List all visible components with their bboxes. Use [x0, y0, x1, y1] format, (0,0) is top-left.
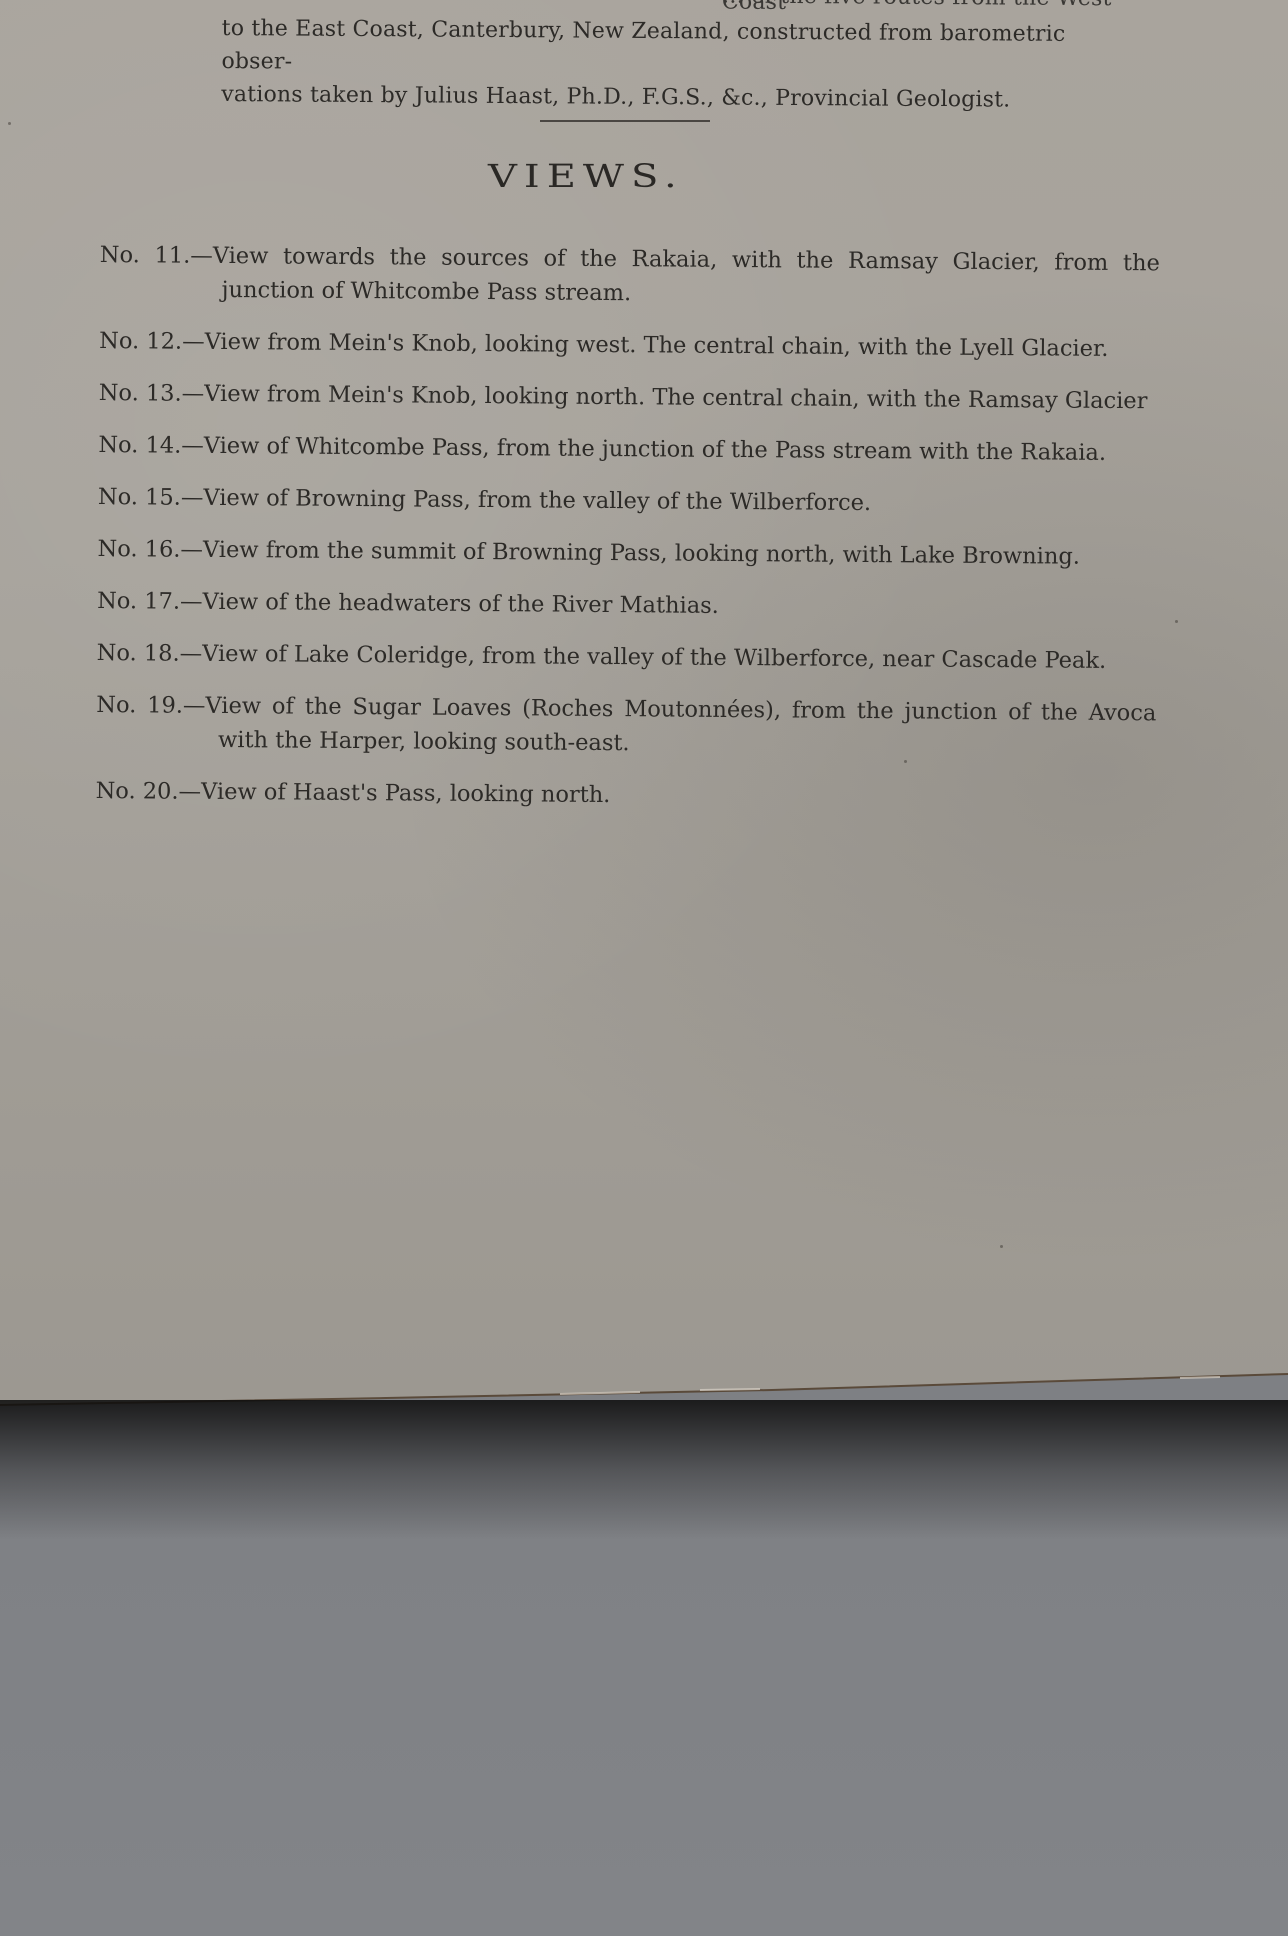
view-number: No. 13.: [99, 380, 182, 407]
intro-paragraph: … of the five routes from the West Coast…: [221, 0, 1142, 117]
view-description: View towards the sources of the Rakaia, …: [213, 243, 1160, 306]
view-number: No. 18.: [97, 640, 180, 667]
em-dash: —: [180, 641, 203, 667]
paper-speck: [1000, 1245, 1003, 1248]
view-entry-17: No. 17.—View of the headwaters of the Ri…: [97, 584, 1157, 626]
view-number: No. 11.: [100, 242, 191, 269]
em-dash: —: [181, 485, 204, 511]
view-description: View from the summit of Browning Pass, l…: [203, 537, 1080, 570]
view-number: No. 17.: [97, 588, 180, 615]
view-entry-11: No. 11.—View towards the sources of the …: [99, 238, 1160, 314]
view-entry-18: No. 18.—View of Lake Coleridge, from the…: [97, 636, 1157, 678]
view-description: View of Browning Pass, from the valley o…: [203, 485, 871, 516]
view-number: No. 20.: [96, 778, 179, 805]
em-dash: —: [182, 381, 205, 407]
em-dash: —: [181, 433, 204, 459]
em-dash: —: [190, 243, 213, 269]
view-description: View of the Sugar Loaves (Roches Moutonn…: [205, 693, 1156, 756]
view-number: No. 15.: [98, 484, 181, 511]
intro-line-2: vations taken by Julius Haast, Ph.D., F.…: [221, 78, 1141, 117]
view-description: View from Mein's Knob, looking west. The…: [205, 329, 1109, 362]
view-number: No. 12.: [99, 328, 182, 355]
view-number: No. 16.: [97, 536, 180, 563]
view-entry-20: No. 20.—View of Haast's Pass, looking no…: [96, 774, 1156, 816]
view-description: View of Haast's Pass, looking north.: [201, 779, 611, 808]
view-entry-19: No. 19.—View of the Sugar Loaves (Roches…: [96, 688, 1157, 764]
view-entry-15: No. 15.—View of Browning Pass, from the …: [98, 480, 1158, 522]
intro-line-1: to the East Coast, Canterbury, New Zeala…: [221, 12, 1141, 84]
view-entry-12: No. 12.—View from Mein's Knob, looking w…: [99, 324, 1159, 366]
paper-speck: [1175, 620, 1178, 623]
view-number: No. 19.: [96, 692, 183, 719]
view-entry-16: No. 16.—View from the summit of Browning…: [97, 532, 1157, 574]
views-list: No. 11.—View towards the sources of the …: [95, 238, 1160, 834]
em-dash: —: [180, 589, 203, 615]
view-number: No. 14.: [98, 432, 181, 459]
view-entry-13: No. 13.—View from Mein's Knob, looking n…: [99, 376, 1159, 418]
view-entry-14: No. 14.—View of Whitcombe Pass, from the…: [98, 428, 1158, 470]
em-dash: —: [182, 329, 205, 355]
section-divider: [540, 120, 710, 122]
em-dash: —: [178, 779, 201, 805]
paper-speck: [8, 122, 11, 125]
document-page: … of the five routes from the West Coast…: [0, 0, 1288, 1405]
em-dash: —: [183, 693, 206, 719]
view-description: View from Mein's Knob, looking north. Th…: [204, 381, 1147, 414]
shadow-below-page: [0, 1400, 1288, 1540]
view-description: View of the headwaters of the River Math…: [202, 589, 719, 619]
view-description: View of Whitcombe Pass, from the junctio…: [204, 433, 1106, 466]
view-description: View of Lake Coleridge, from the valley …: [202, 641, 1106, 674]
section-heading: VIEWS.: [488, 158, 684, 195]
em-dash: —: [180, 537, 203, 563]
paper-speck: [904, 760, 907, 763]
